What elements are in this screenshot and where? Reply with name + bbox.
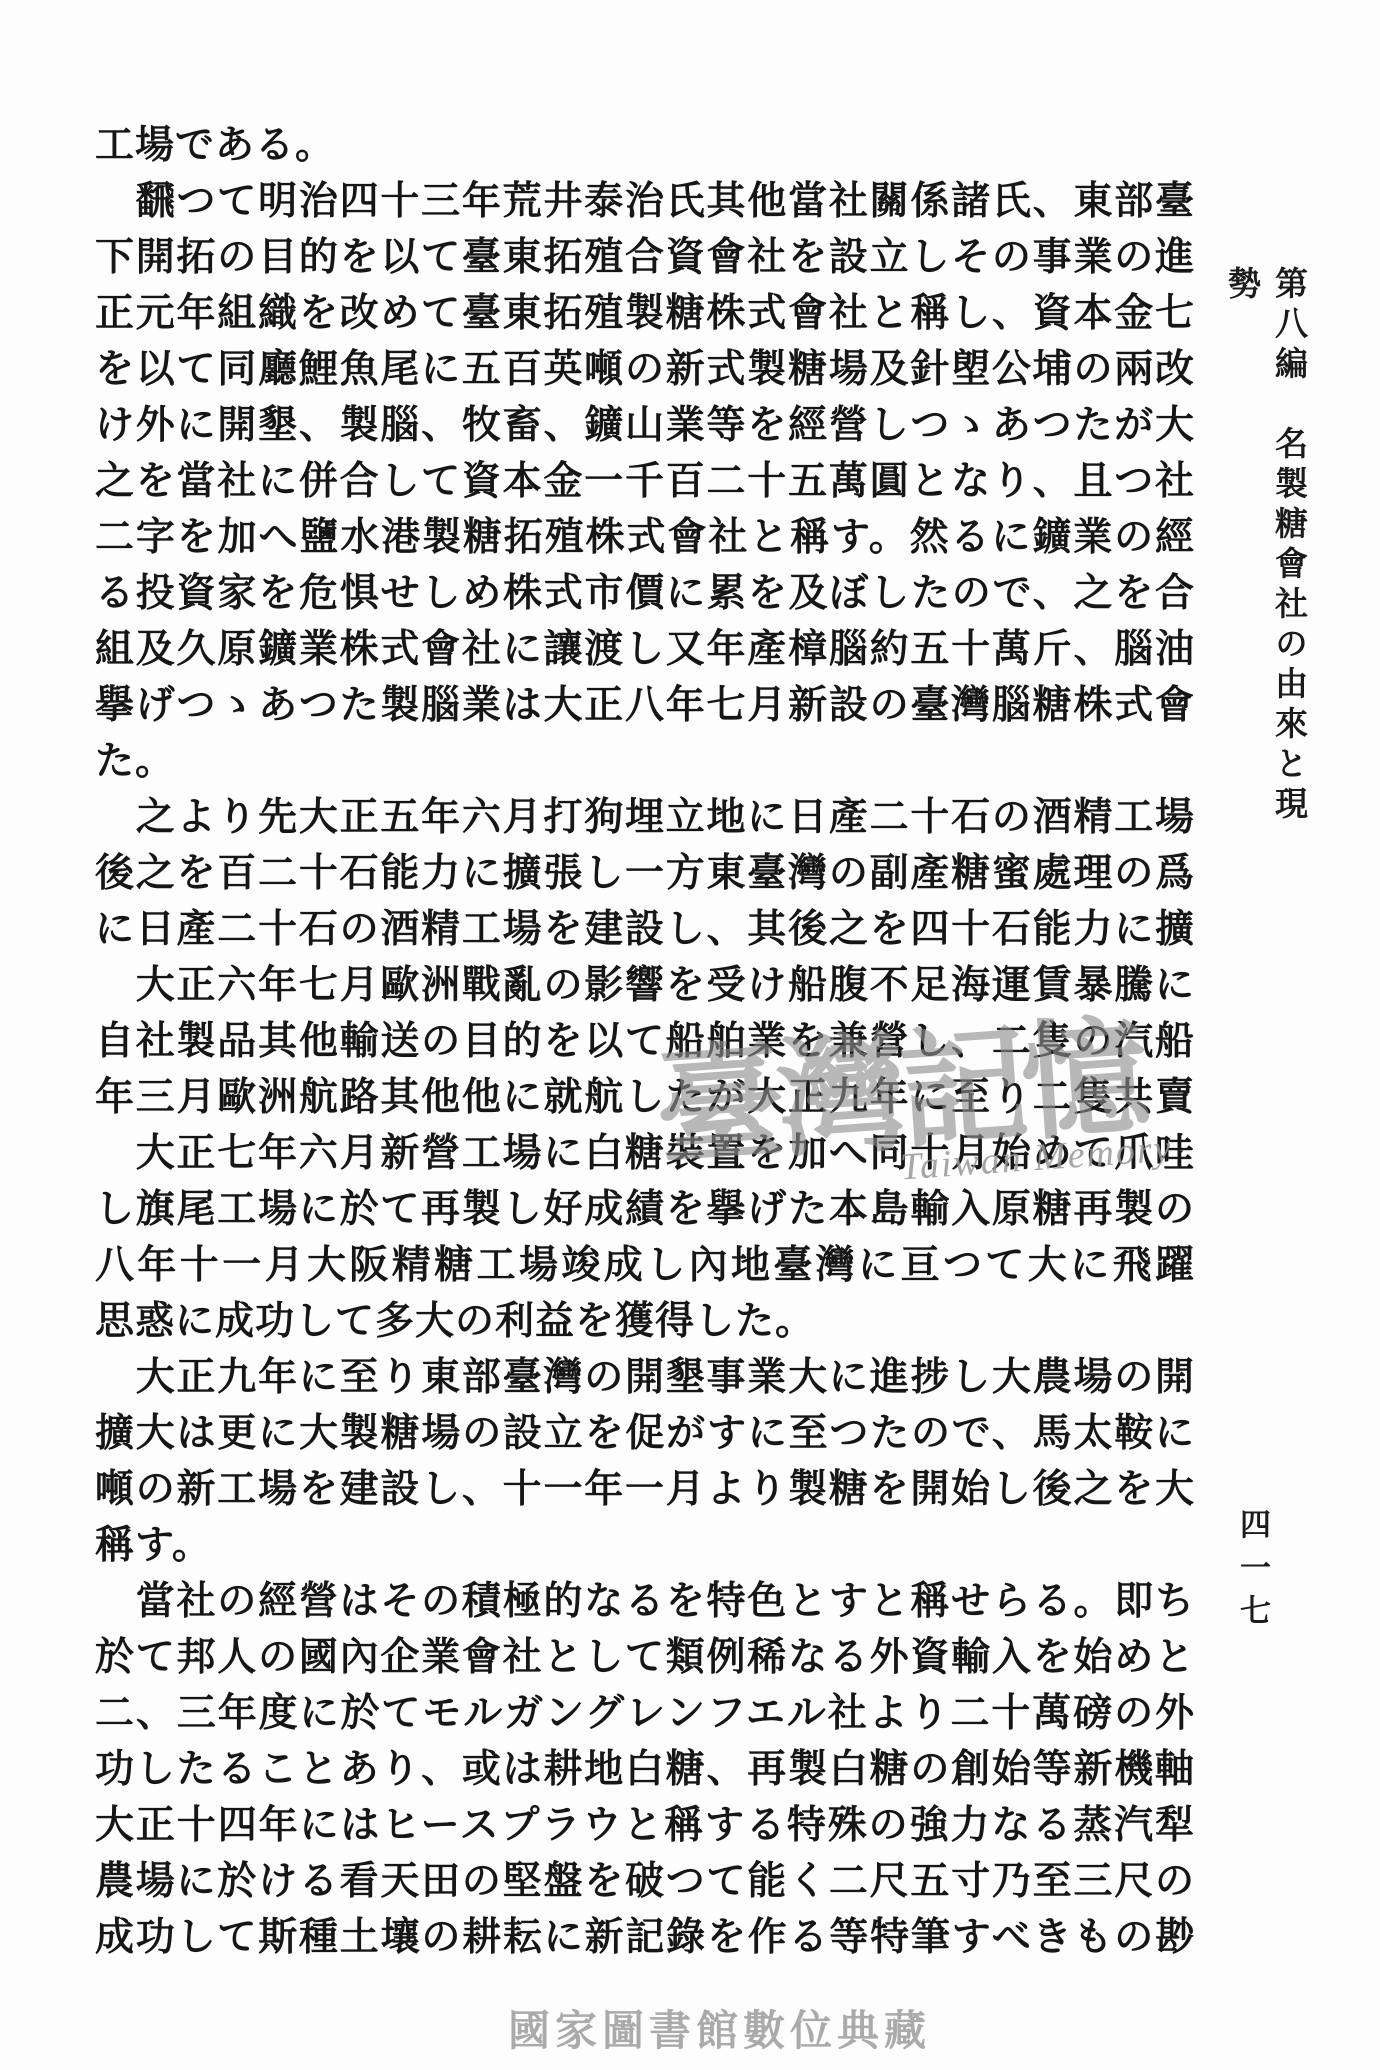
text-line: 二、三年度に於てモルガングレンフエル社より二十萬磅の外資借入に成 xyxy=(95,1686,1195,1742)
text-line: 二字を加へ鹽水港製糖拓殖株式會社と稱す。然るに鑛業の經營は堅實な xyxy=(95,510,1195,566)
text-line: 八年十一月大阪精糖工場竣成し內地臺灣に亘つて大に飛躍し、爪哇糖の xyxy=(95,1238,1195,1294)
text-line: 後之を百二十石能力に擴張し一方東臺灣の副產糖蜜處理の爲七年壽工場 xyxy=(95,846,1195,902)
national-library-watermark: 國家圖書館數位典藏 xyxy=(508,1998,931,2058)
text-line: に日產二十石の酒精工場を建設し、其後之を四十石能力に擴張した。 xyxy=(95,902,1195,958)
text-line: 年三月歐洲航路其他他に就航したが大正九年に至り二隻共賣却した。 xyxy=(95,1070,1195,1126)
chapter-heading-vertical: 第八編 名製糖會社の由來と現勢 xyxy=(1218,266,1312,826)
text-line: 大正六年七月歐洲戰亂の影響を受け船腹不足海運賃暴騰に際し當社は xyxy=(95,958,1195,1014)
text-line: る投資家を危惧せしめ株式市價に累を及ぼしたので、之を合名會社藤田 xyxy=(95,566,1195,622)
text-line: 大正九年に至り東部臺灣の開墾事業大に進捗し大農場の開設、蔗園の xyxy=(95,1350,1195,1406)
scanned-book-page: 工場である。 飜つて明治四十三年荒井泰治氏其他當社關係諸氏、東部臺灣花蓮港廳下開… xyxy=(0,0,1380,2070)
text-line: 農場に於ける看天田の堅盤を破つて能く二尺五寸乃至三尺の深耕反轉に xyxy=(95,1854,1195,1910)
main-text-block: 工場である。 飜つて明治四十三年荒井泰治氏其他當社關係諸氏、東部臺灣花蓮港廳下開… xyxy=(95,118,1195,1966)
text-line: 思惑に成功して多大の利益を獲得した。 xyxy=(95,1294,1195,1350)
text-line: 大正十四年にはヒースプラウと稱する特殊の強力なる蒸汽犁を以て新營 xyxy=(95,1798,1195,1854)
text-line: 工場である。 xyxy=(95,118,1195,174)
text-line: 噸の新工場を建設し、十一年一月より製糖を開始し後之を大和工場と改 xyxy=(95,1462,1195,1518)
text-line: 功したることあり、或は耕地白糖、再製白糖の創始等新機軸を出し、更に xyxy=(95,1742,1195,1798)
text-line: 自社製品其他輸送の目的を以て船舶業を兼營し、二隻の汽船を購入し七 xyxy=(95,1014,1195,1070)
text-line: 當社の經營はその積極的なるを特色とすと稱せらる。即ち創立當時に xyxy=(95,1574,1195,1630)
text-line: 成功して斯種土壤の耕耘に新記錄を作る等特筆すべきもの尠からず、昭 xyxy=(95,1910,1195,1966)
text-line: け外に開墾、製腦、牧畜、鑛山業等を經營しつゝあつたが大正二年七月 xyxy=(95,398,1195,454)
page-number-vertical: 四一七 xyxy=(1230,1508,1275,1637)
text-line: 飜つて明治四十三年荒井泰治氏其他當社關係諸氏、東部臺灣花蓮港廳 xyxy=(95,174,1195,230)
text-line: 大正七年六月新營工場に白糖裝置を加へ同十月始めて爪哇糖を輸入 xyxy=(95,1126,1195,1182)
text-line: 之より先大正五年六月打狗埋立地に日產二十石の酒精工場を設け、其 xyxy=(95,790,1195,846)
text-line: 擧げつゝあつた製腦業は大正八年七月新設の臺灣腦糖株式會社に讓渡し xyxy=(95,678,1195,734)
text-line: 之を當社に併合して資本金一千百二十五萬圓となり、且つ社名に拓殖の xyxy=(95,454,1195,510)
text-line: 擴大は更に大製糖場の設立を促がすに至つたので、馬太鞍に五百五十英 xyxy=(95,1406,1195,1462)
text-line: 下開拓の目的を以て臺東拓殖合資會社を設立しその事業の進捗に伴ひ大 xyxy=(95,230,1195,286)
text-line: た。 xyxy=(95,734,1195,790)
text-line: 於て邦人の國內企業會社として類例稀なる外資輸入を始めとし更に大正 xyxy=(95,1630,1195,1686)
text-line: を以て同廳鯉魚尾に五百英噸の新式製糖場及針塱公埔の兩改良糖廊を設 xyxy=(95,342,1195,398)
text-line: 稱す。 xyxy=(95,1518,1195,1574)
text-line: 正元年組織を改めて臺東拓殖製糖株式會社と稱し、資本金七百五十萬圓 xyxy=(95,286,1195,342)
text-line: 組及久原鑛業株式會社に讓渡し又年產樟腦約五十萬斤、腦油約百萬斤を xyxy=(95,622,1195,678)
text-line: し旗尾工場に於て再製し好成績を擧げた本島輸入原糖再製の嚆矢である xyxy=(95,1182,1195,1238)
